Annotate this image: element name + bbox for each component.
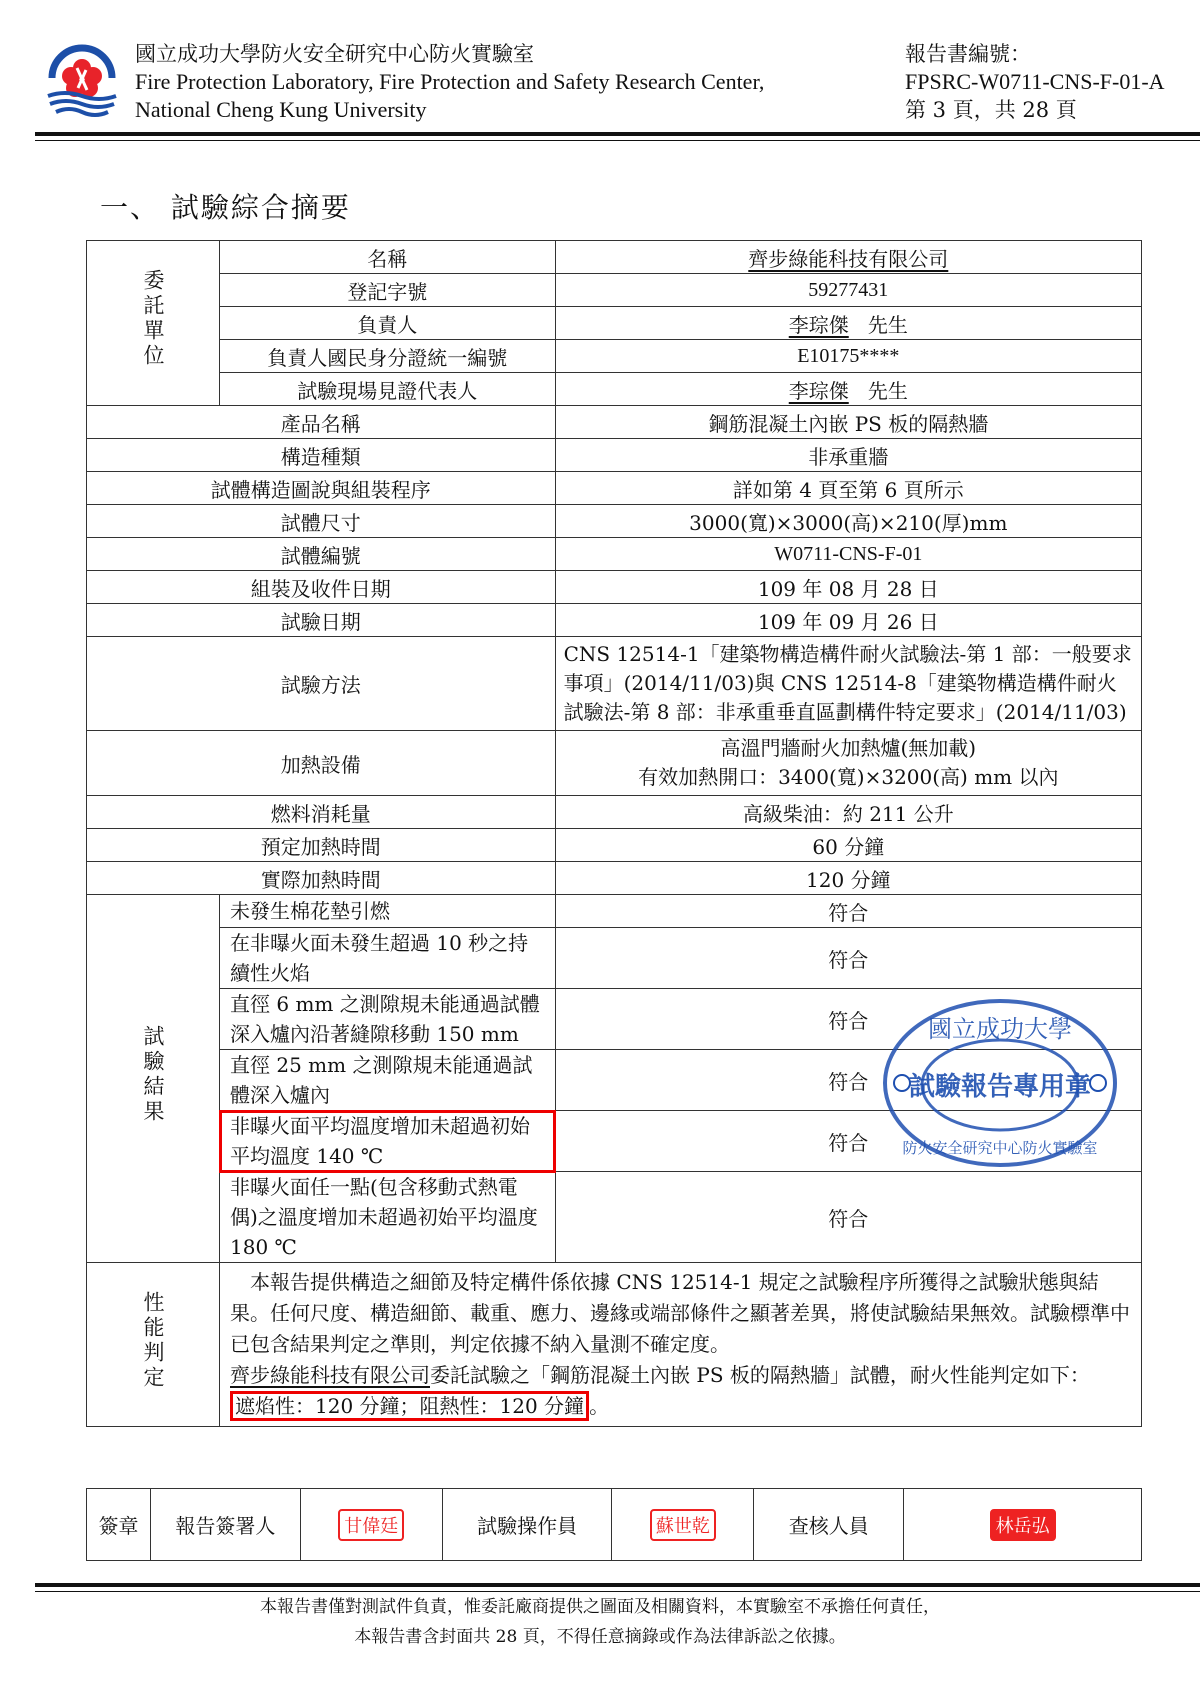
table-row: 預定加熱時間60 分鐘 [87,829,1142,862]
table-row: 構造種類非承重牆 [87,439,1142,472]
signer-role: 報告簽署人 [150,1489,300,1561]
page-header: 國立成功大學防火安全研究中心防火實驗室 Fire Protection Labo… [0,0,1200,140]
official-seal-icon: 國立成功大學 試驗報告專用章 防火安全研究中心防火實驗室 [880,995,1120,1170]
result-value: 符合 [555,1172,1141,1263]
org-name-en-2: National Cheng Kung University [135,96,764,124]
result-row: 試驗結果 未發生棉花墊引燃 符合 [87,895,1142,928]
org-name-block: 國立成功大學防火安全研究中心防火實驗室 Fire Protection Labo… [135,40,764,124]
operator-role: 試驗操作員 [442,1489,612,1561]
disclaimer-line-1: 本報告書僅對測試件負責，惟委託廠商提供之圖面及相關資料，本實驗室不承擔任何責任， [0,1592,1200,1622]
section-title: 一、 試驗綜合摘要 [100,186,351,226]
table-row: 委託單位 名稱 齊步綠能科技有限公司 [87,241,1142,274]
drawing-reference: 詳如第 4 頁至第 6 頁所示 [555,472,1141,505]
operator-stamp: 蘇世乾 [650,1509,716,1541]
row-label: 試驗日期 [87,604,556,637]
registration-number: 59277431 [555,274,1141,307]
row-label: 構造種類 [87,439,556,472]
id-number: E10175**** [555,340,1141,373]
table-row: 試驗日期109 年 09 月 26 日 [87,604,1142,637]
results-group-label: 試驗結果 [87,895,220,1263]
svg-text:國立成功大學: 國立成功大學 [928,1015,1072,1043]
table-row: 試驗方法 CNS 12514-1「建築物構造構件耐火試驗法-第 1 部：一般要求… [87,637,1142,731]
row-label: 產品名稱 [87,406,556,439]
signer-stamp: 甘偉廷 [338,1509,404,1541]
client-group-label: 委託單位 [87,241,220,406]
heating-equipment: 高溫門牆耐火加熱爐(無加載) [562,734,1135,763]
result-row: 在非曝火面未發生超過 10 秒之持續性火焰 符合 [87,928,1142,989]
reviewer-role: 查核人員 [754,1489,904,1561]
row-label: 實際加熱時間 [87,862,556,895]
table-row: 試體編號W0711-CNS-F-01 [87,538,1142,571]
result-criterion: 直徑 25 mm 之測隙規未能通過試體深入爐內 [220,1050,556,1111]
test-method: CNS 12514-1「建築物構造構件耐火試驗法-第 1 部：一般要求事項」(2… [555,637,1141,731]
disclaimer-line-2: 本報告書含封面共 28 頁，不得任意摘錄或作為法律訴訟之依據。 [0,1622,1200,1652]
row-label: 試體構造圖說與組裝程序 [87,472,556,505]
result-value: 符合 [555,928,1141,989]
page-footer: 本報告書僅對測試件負責，惟委託廠商提供之圖面及相關資料，本實驗室不承擔任何責任，… [0,1592,1200,1652]
specimen-size: 3000(寬)×3000(高)×210(厚)mm [555,505,1141,538]
row-label: 試驗方法 [87,637,556,731]
witness-representative: 李琮傑 [789,379,849,403]
result-criterion: 在非曝火面未發生超過 10 秒之持續性火焰 [220,928,556,989]
test-date: 109 年 09 月 26 日 [555,604,1141,637]
table-row: 加熱設備 高溫門牆耐火加熱爐(無加載) 有效加熱開口：3400(寬)×3200(… [87,731,1142,796]
table-row: 登記字號 59277431 [87,274,1142,307]
honorific: 先生 [868,379,908,403]
construction-type: 非承重牆 [555,439,1141,472]
planned-heating-time: 60 分鐘 [555,829,1141,862]
actual-heating-time: 120 分鐘 [555,862,1141,895]
responsible-person: 李琮傑 [789,313,849,337]
signature-table: 簽章 報告簽署人 甘偉廷 試驗操作員 蘇世乾 查核人員 林岳弘 [86,1488,1142,1561]
product-name: 鋼筋混凝土內嵌 PS 板的隔熱牆 [555,406,1141,439]
signature-row: 簽章 報告簽署人 甘偉廷 試驗操作員 蘇世乾 查核人員 林岳弘 [87,1489,1142,1561]
judgement-paragraph: 本報告提供構造之細節及特定構件係依據 CNS 12514-1 規定之試驗程序所獲… [230,1267,1131,1360]
table-row: 燃料消耗量高級柴油：約 211 公升 [87,796,1142,829]
row-label: 試驗現場見證代表人 [220,373,556,406]
signatures-label: 簽章 [87,1489,151,1561]
row-label: 燃料消耗量 [87,796,556,829]
result-criterion-highlighted: 非曝火面平均溫度增加未超過初始平均溫度 140 ℃ [220,1111,556,1172]
table-row: 組裝及收件日期109 年 08 月 28 日 [87,571,1142,604]
row-label: 名稱 [220,241,556,274]
honorific: 先生 [868,313,908,337]
svg-text:試驗報告專用章: 試驗報告專用章 [909,1071,1091,1102]
footer-divider [35,1583,1200,1592]
period: 。 [589,1394,609,1418]
client-name: 齊步綠能科技有限公司 [748,247,948,271]
judgement-content: 本報告提供構造之細節及特定構件係依據 CNS 12514-1 規定之試驗程序所獲… [220,1263,1142,1427]
fire-rating-conclusion: 遮焰性：120 分鐘；阻熱性：120 分鐘 [230,1391,589,1421]
report-info-block: 報告書編號： FPSRC-W0711-CNS-F-01-A 第 3 頁，共 28… [905,40,1165,124]
table-row: 負責人國民身分證統一編號 E10175**** [87,340,1142,373]
table-row: 試體構造圖說與組裝程序詳如第 4 頁至第 6 頁所示 [87,472,1142,505]
header-divider [35,132,1200,141]
receipt-date: 109 年 08 月 28 日 [555,571,1141,604]
reviewer-stamp: 林岳弘 [990,1509,1056,1541]
table-row: 試驗現場見證代表人 李琮傑 先生 [87,373,1142,406]
row-label: 試體尺寸 [87,505,556,538]
fuel-consumption: 高級柴油：約 211 公升 [555,796,1141,829]
page-indicator: 第 3 頁，共 28 頁 [905,96,1165,124]
report-number: FPSRC-W0711-CNS-F-01-A [905,68,1165,96]
row-label: 登記字號 [220,274,556,307]
org-name-en-1: Fire Protection Laboratory, Fire Protect… [135,68,764,96]
table-row: 負責人 李琮傑 先生 [87,307,1142,340]
judgement-statement: 委託試驗之「鋼筋混凝土內嵌 PS 板的隔熱牆」試體，耐火性能判定如下： [430,1363,1090,1387]
svg-text:防火安全研究中心防火實驗室: 防火安全研究中心防火實驗室 [902,1139,1097,1157]
row-label: 負責人 [220,307,556,340]
ncku-fire-lab-logo-icon [42,38,122,118]
specimen-id: W0711-CNS-F-01 [555,538,1141,571]
table-row: 實際加熱時間120 分鐘 [87,862,1142,895]
table-row: 產品名稱鋼筋混凝土內嵌 PS 板的隔熱牆 [87,406,1142,439]
result-criterion: 直徑 6 mm 之測隙規未能通過試體深入爐內沿著縫隙移動 150 mm [220,989,556,1050]
org-name-zh: 國立成功大學防火安全研究中心防火實驗室 [135,40,764,68]
row-label: 試體編號 [87,538,556,571]
result-value: 符合 [555,895,1141,928]
judgement-group-label: 性能判定 [87,1263,220,1427]
result-row: 非曝火面任一點(包含移動式熱電偶)之溫度增加未超過初始平均溫度 180 ℃ 符合 [87,1172,1142,1263]
row-label: 負責人國民身分證統一編號 [220,340,556,373]
judgement-company: 齊步綠能科技有限公司 [230,1363,430,1387]
heating-opening: 有效加熱開口：3400(寬)×3200(高) mm 以內 [562,763,1135,792]
table-row: 試體尺寸3000(寬)×3000(高)×210(厚)mm [87,505,1142,538]
row-label: 預定加熱時間 [87,829,556,862]
result-criterion: 未發生棉花墊引燃 [220,895,556,928]
report-number-label: 報告書編號： [905,40,1165,68]
result-criterion: 非曝火面任一點(包含移動式熱電偶)之溫度增加未超過初始平均溫度 180 ℃ [220,1172,556,1263]
row-label: 組裝及收件日期 [87,571,556,604]
row-label: 加熱設備 [87,731,556,796]
judgement-row: 性能判定 本報告提供構造之細節及特定構件係依據 CNS 12514-1 規定之試… [87,1263,1142,1427]
summary-table: 委託單位 名稱 齊步綠能科技有限公司 登記字號 59277431 負責人 李琮傑… [86,240,1142,1427]
